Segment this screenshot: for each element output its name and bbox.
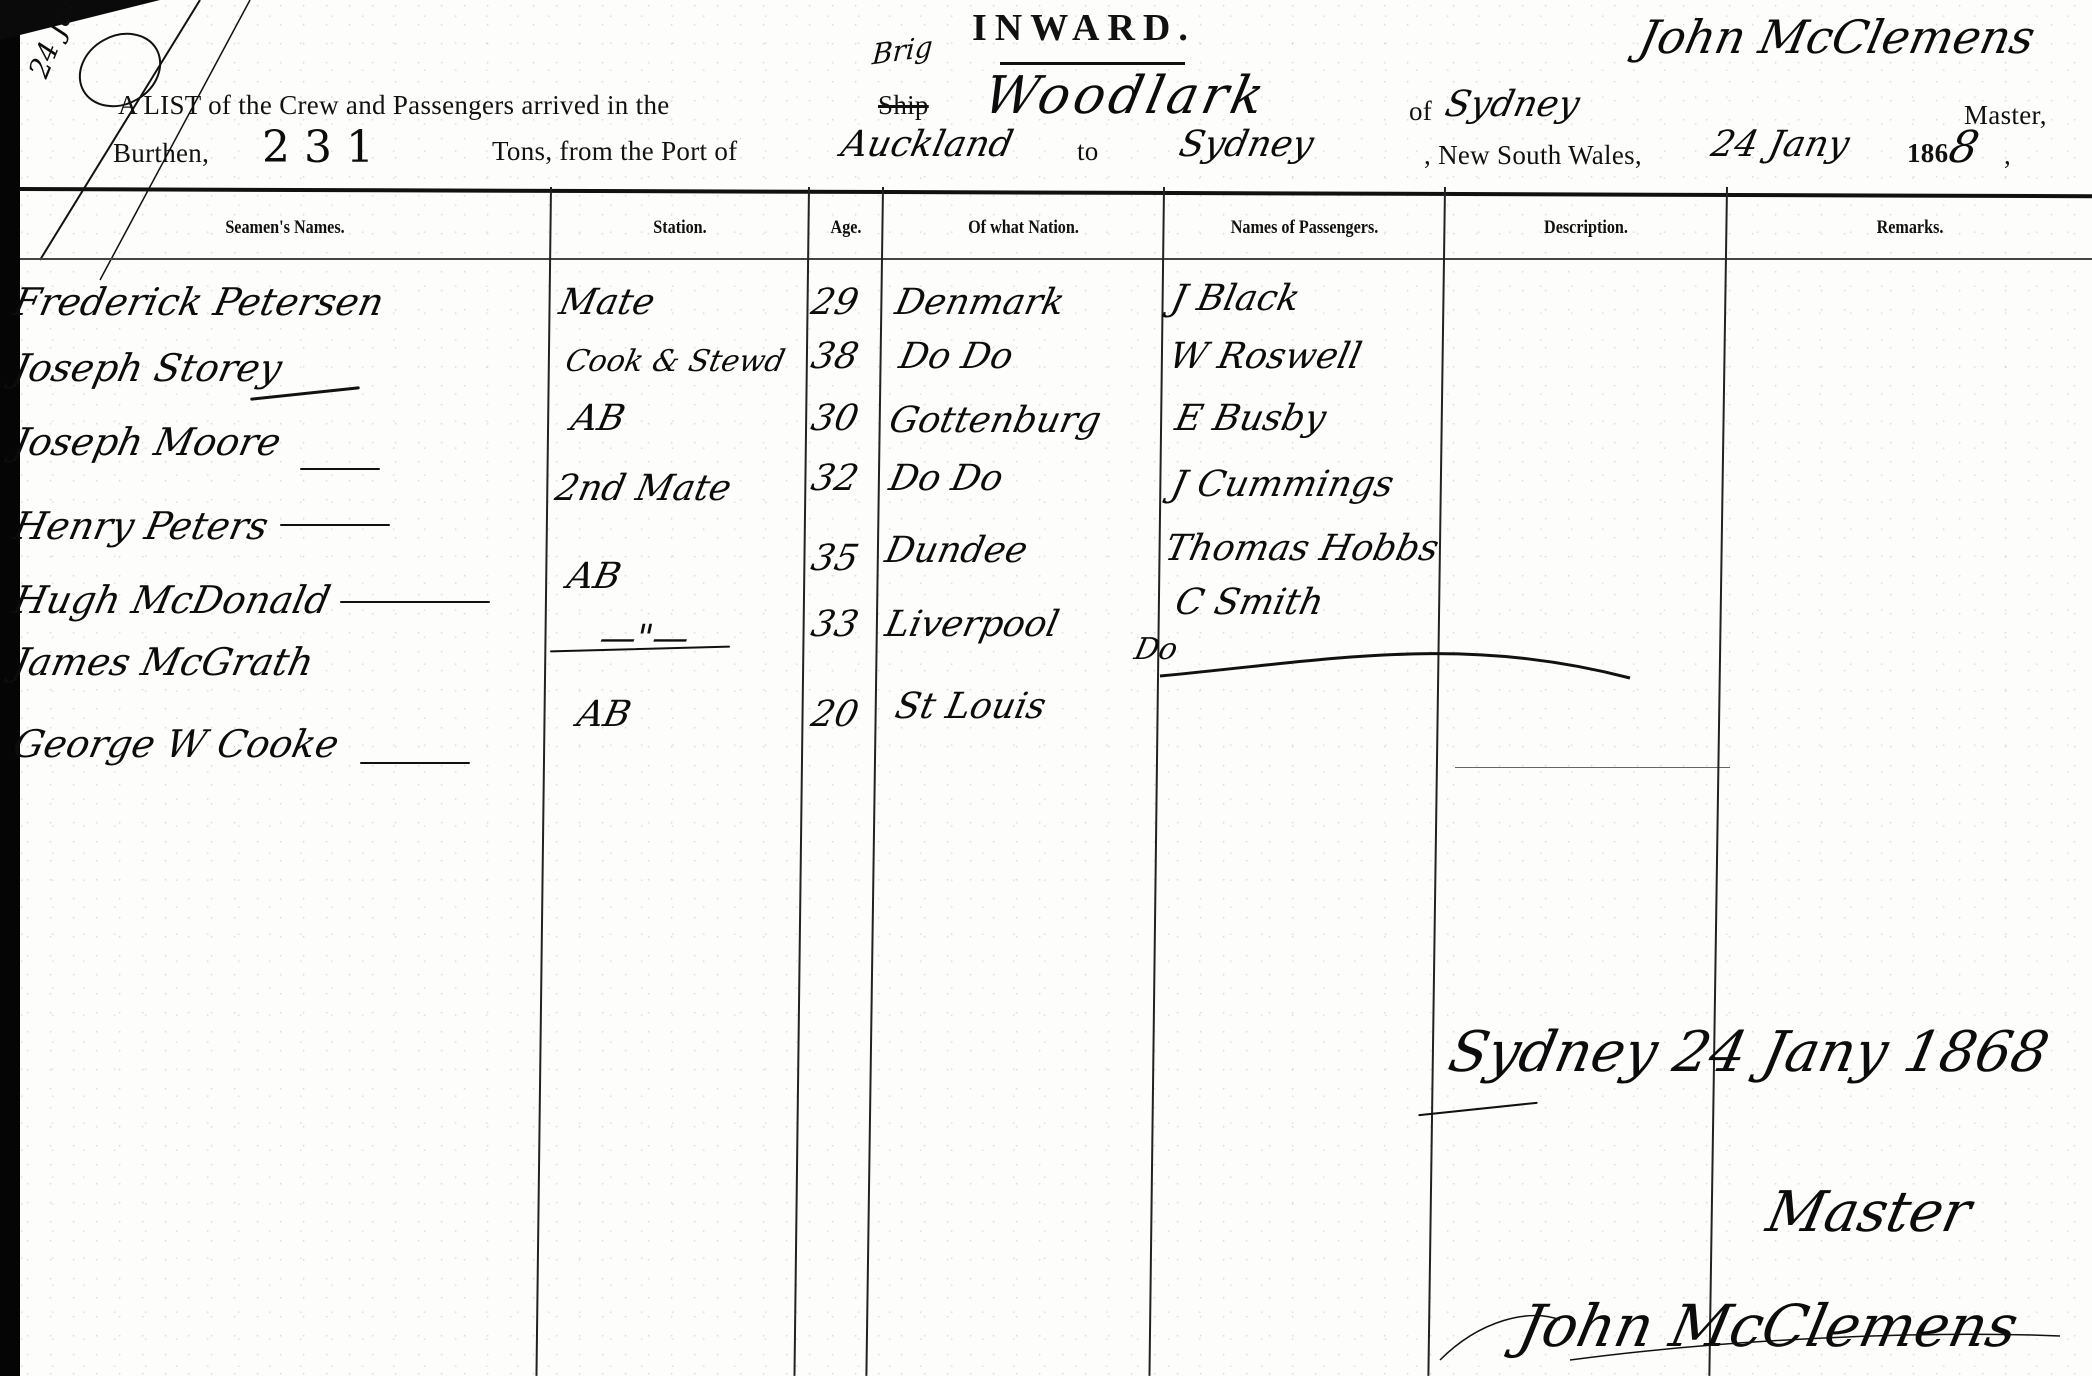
crew-age: 29 [808, 282, 863, 323]
crew-station: AB [568, 398, 629, 439]
crew-station: Cook & Stewd [562, 344, 788, 379]
of-label: of [1409, 96, 1432, 127]
home-port: Sydney [1442, 84, 1584, 125]
col-header-remarks: Remarks. [1755, 200, 2064, 256]
footer-place-underline [1418, 1102, 1538, 1117]
crew-age: 33 [808, 604, 863, 645]
crew-nation: Do Do [886, 458, 1007, 499]
inward-crew-passenger-list: 24 Jany 68 INWARD. John McClemens A LIST… [0, 0, 2092, 1376]
crew-age: 30 [808, 398, 863, 439]
crew-station: AB [574, 694, 635, 735]
col-header-nation: Of what Nation. [905, 200, 1142, 256]
col-divider-nation [865, 187, 884, 1376]
trailing-comma: , [2004, 140, 2011, 171]
crew-station: Mate [556, 282, 659, 323]
col-divider-station [535, 187, 552, 1376]
vessel-name: Woodlark [979, 66, 1274, 126]
crew-name-flourish [360, 762, 470, 764]
vessel-type-printed: Ship [878, 90, 929, 121]
col-divider-passengers [1148, 187, 1165, 1376]
crew-nation: Gottenburg [886, 400, 1105, 441]
crew-age: 20 [808, 694, 863, 735]
year-handwritten: 8 [1945, 122, 1984, 173]
crew-age: 38 [808, 336, 863, 377]
col-divider-remarks [1708, 187, 1728, 1376]
passenger-name: Thomas Hobbs [1162, 528, 1443, 569]
from-port: Auckland [838, 124, 1017, 165]
crew-name-flourish [300, 468, 380, 470]
crew-name: Joseph Storey [9, 346, 286, 390]
col-divider-description [1427, 187, 1446, 1376]
crew-station: AB [564, 556, 625, 597]
master-signature-top: John McClemens [1634, 10, 2040, 64]
col-header-seamens-names: Seamen's Names. [60, 200, 511, 256]
crew-age: 32 [808, 458, 863, 499]
crew-age: 35 [808, 538, 863, 579]
crew-name: George W Cooke [9, 722, 343, 766]
crew-nation: Dundee [882, 530, 1032, 571]
title-underline [1000, 62, 1185, 65]
col-header-passengers: Names of Passengers. [1186, 200, 1423, 256]
crew-nation: St Louis [892, 686, 1050, 727]
crew-nation: Denmark [892, 282, 1069, 323]
crew-name-flourish [280, 524, 390, 526]
footer-signature-flourish [1420, 1300, 2080, 1376]
vessel-type-handwritten: Brig [871, 29, 934, 71]
header-line1-text: A LIST of the Crew and Passengers arrive… [118, 90, 670, 121]
col-header-age: Age. [815, 200, 876, 256]
closing-flourish-stroke [1130, 640, 1650, 700]
crew-nation: Do Do [896, 336, 1017, 377]
crew-name: Henry Peters [9, 504, 272, 548]
passenger-name: J Black [1168, 278, 1304, 319]
header-bottom-rule [20, 258, 2092, 260]
crew-name: Hugh McDonald [9, 578, 334, 622]
to-port: Sydney [1176, 124, 1318, 165]
col-header-station: Station. [571, 200, 789, 256]
arrival-date: 24 Jany [1708, 124, 1853, 165]
crew-name-flourish [340, 601, 490, 603]
tons-label: Tons, from the Port of [492, 136, 737, 167]
passenger-name: W Roswell [1166, 336, 1366, 377]
col-divider-age [793, 187, 810, 1376]
crew-name: Frederick Petersen [9, 280, 388, 324]
crew-name: James McGrath [9, 640, 317, 684]
crew-nation: Liverpool [882, 604, 1063, 645]
year-printed: 186 [1907, 138, 1948, 169]
crew-station: —"— [596, 618, 693, 659]
burthen-label: Burthen, [113, 138, 209, 169]
crew-station: 2nd Mate [552, 468, 735, 509]
nsw-label: , New South Wales, [1424, 140, 1642, 171]
burthen-value: 231 [262, 122, 388, 173]
description-mid-rule [1455, 767, 1730, 768]
passenger-name: E Busby [1172, 398, 1330, 439]
passenger-name: C Smith [1172, 582, 1328, 623]
footer-place-date: Sydney 24 Jany 1868 [1443, 1020, 2054, 1085]
to-label: to [1077, 136, 1099, 167]
scan-edge-border [0, 0, 20, 1376]
passenger-name: J Cummings [1168, 464, 1398, 505]
col-header-description: Description. [1467, 200, 1705, 256]
page-title: INWARD. [972, 6, 1196, 50]
crew-name: Joseph Moore [9, 420, 285, 464]
footer-witness-mark: Master [1761, 1180, 1977, 1245]
